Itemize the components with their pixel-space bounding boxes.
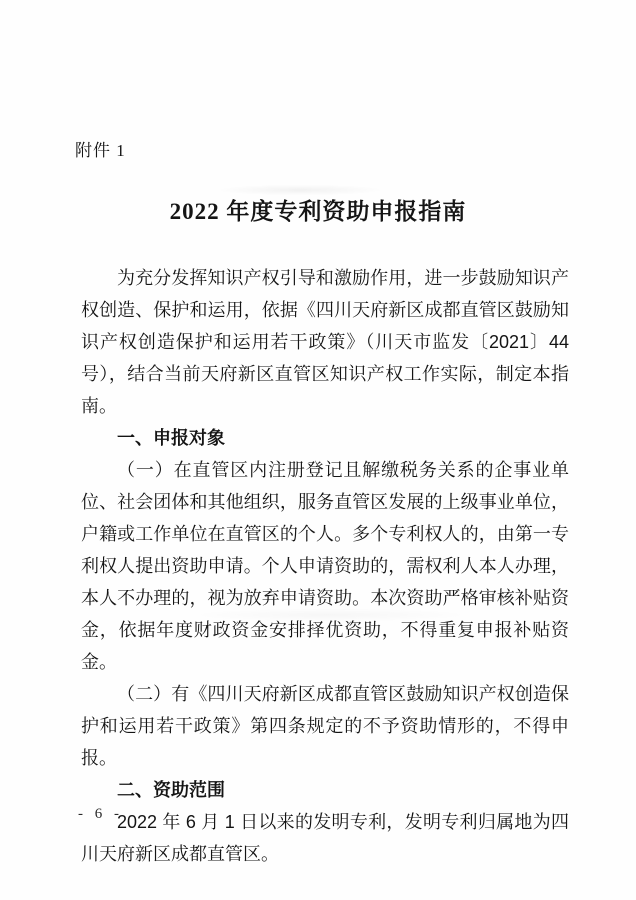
section-heading-application-targets: 一、申报对象 — [81, 422, 569, 454]
paragraph-scope: 2022 年 6 月 1 日以来的发明专利，发明专利归属地为四川天府新区成都直管… — [81, 806, 569, 870]
document-body: 为充分发挥知识产权引导和激励作用，进一步鼓励知识产权创造、保护和运用，依据《四川… — [81, 262, 569, 870]
attachment-label: 附件 1 — [75, 136, 126, 161]
paragraph-item-1: （一）在直管区内注册登记且解缴税务关系的企事业单位、社会团体和其他组织，服务直管… — [81, 454, 569, 678]
document-title: 2022 年度专利资助申报指南 — [0, 193, 636, 226]
intro-paragraph: 为充分发挥知识产权引导和激励作用，进一步鼓励知识产权创造、保护和运用，依据《四川… — [81, 262, 569, 422]
page-number: - 6 - — [78, 806, 123, 823]
document-page: 附件 1 2022 年度专利资助申报指南 为充分发挥知识产权引导和激励作用，进一… — [0, 0, 636, 900]
section-heading-subsidy-scope: 二、资助范围 — [81, 774, 569, 806]
paragraph-item-2: （二）有《四川天府新区成都直管区鼓励知识产权创造保护和运用若干政策》第四条规定的… — [81, 678, 569, 774]
